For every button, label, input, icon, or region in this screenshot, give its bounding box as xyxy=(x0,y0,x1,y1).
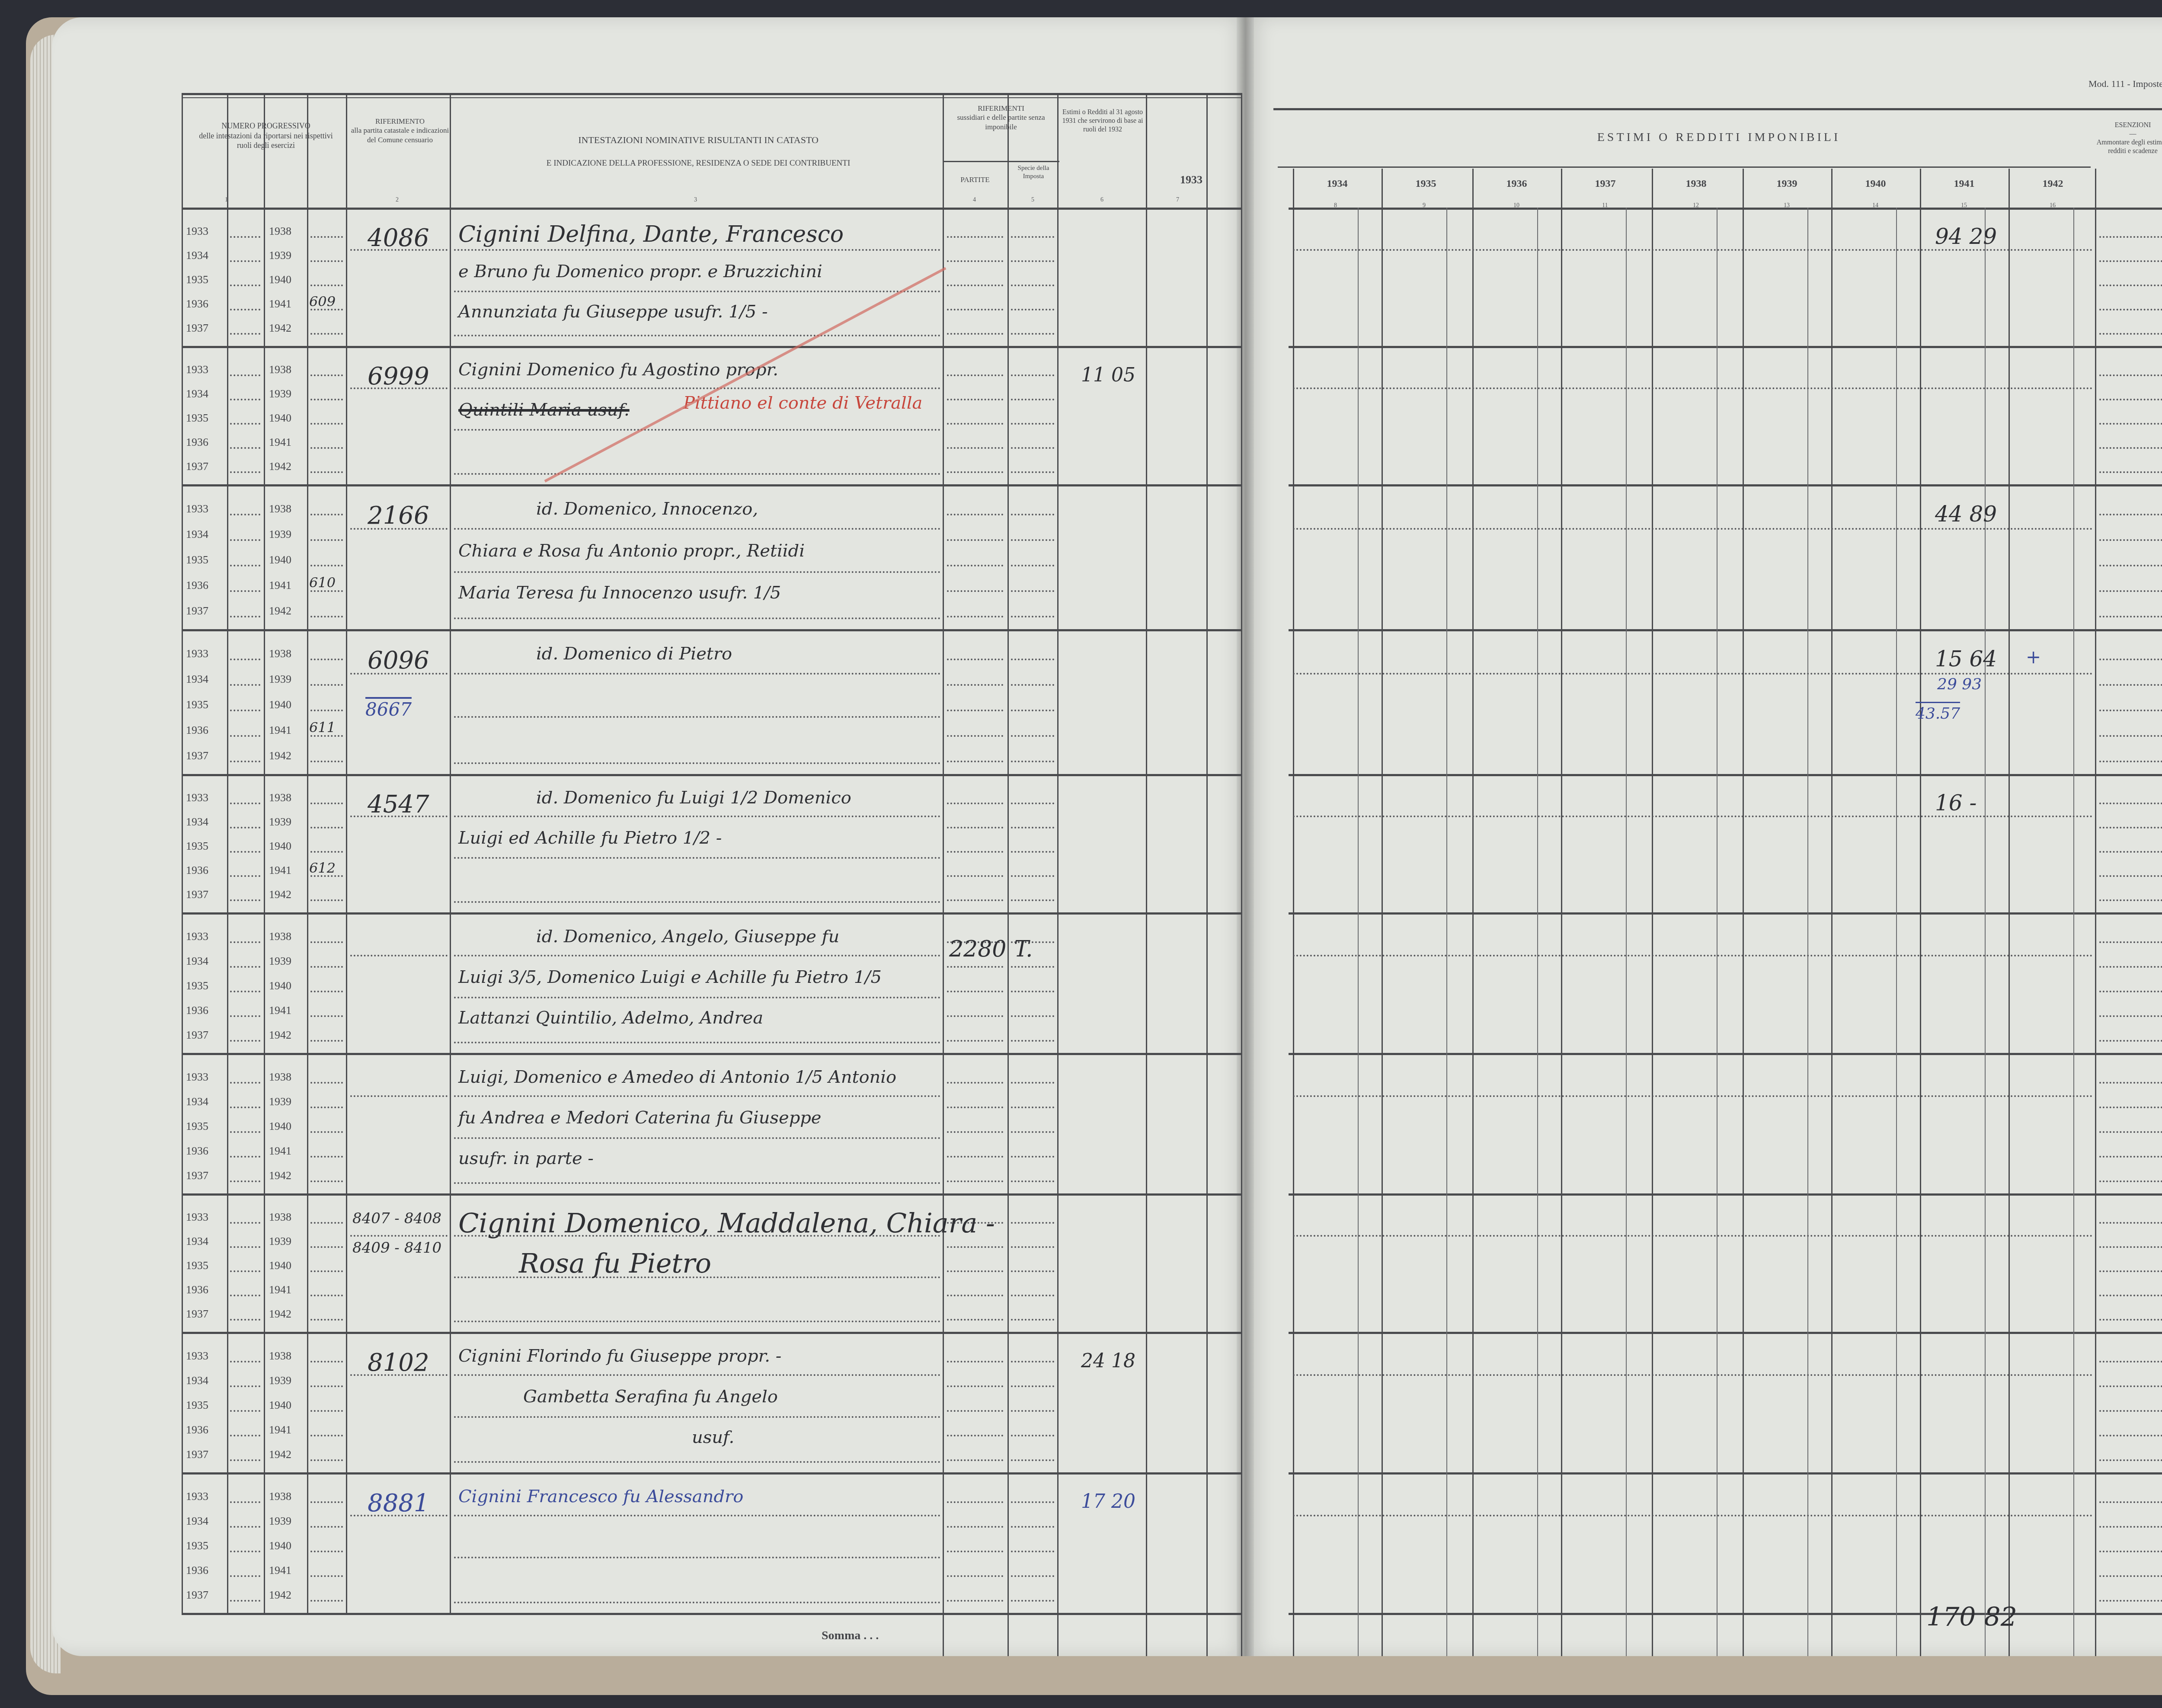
year-label-left: 1936 xyxy=(186,724,208,737)
dotted-rule xyxy=(2099,941,2162,943)
dotted-rule xyxy=(2099,827,2162,828)
text-rule xyxy=(350,1235,448,1237)
dotted-rule xyxy=(230,1501,260,1503)
riferimento-value: 8407 - 8408 xyxy=(352,1210,441,1227)
column-number: 9 xyxy=(1423,202,1426,209)
dotted-rule xyxy=(947,333,1003,335)
dotted-rule xyxy=(1011,827,1054,828)
left-column-rule xyxy=(182,93,183,1613)
text-rule xyxy=(454,1515,940,1516)
right-column-rule xyxy=(2095,169,2096,1656)
dotted-rule xyxy=(1011,1551,1054,1552)
header-estimi-redditi: ESTIMI O REDDITI IMPONIBILI xyxy=(1276,130,2162,145)
row-divider xyxy=(182,1193,1241,1196)
year-label-left: 1936 xyxy=(186,297,208,310)
year-header-1937: 1937 xyxy=(1561,177,1650,190)
header-riferimento: RIFERIMENTO alla partita catastale e ind… xyxy=(350,117,450,144)
text-rule xyxy=(454,1602,940,1603)
left-column-rule xyxy=(1146,93,1147,1613)
somma-column-rule xyxy=(1206,1613,1208,1656)
year-label-left: 1937 xyxy=(186,605,208,617)
right-column-rule xyxy=(1561,169,1562,1656)
form-code: Mod. 111 - Imposte Dirette (Intercalare)… xyxy=(2088,78,2162,90)
dotted-rule xyxy=(310,1156,343,1158)
value-rule xyxy=(1293,816,2093,817)
dotted-rule xyxy=(310,1575,343,1577)
estimi-1931-value: 24 18 xyxy=(1081,1350,1135,1372)
value-1941: 94 29 xyxy=(1935,224,1997,249)
dotted-rule xyxy=(2099,539,2162,541)
text-rule xyxy=(454,249,940,251)
value-rule xyxy=(1293,1235,2093,1237)
header-sub: sussidiari e delle partite senza imponib… xyxy=(945,113,1057,131)
dotted-rule xyxy=(947,1551,1003,1552)
dotted-rule xyxy=(947,1040,1003,1042)
intestazione-line: Rosa fu Pietro xyxy=(519,1247,711,1279)
side-number: 610 xyxy=(309,574,336,591)
dotted-rule xyxy=(230,851,260,853)
row-divider xyxy=(182,629,1241,631)
dotted-rule xyxy=(2099,684,2162,686)
dotted-rule xyxy=(2099,236,2162,238)
row-divider xyxy=(182,912,1241,915)
dotted-rule xyxy=(947,1459,1003,1461)
row-divider xyxy=(182,774,1241,776)
right-row-divider xyxy=(1289,1613,2162,1615)
dotted-rule xyxy=(1011,260,1054,262)
header-1933: 1933 xyxy=(1148,173,1235,187)
year-label-left: 1934 xyxy=(186,1374,208,1387)
intestazione-line: Cignini Domenico fu Agostino propr. xyxy=(458,360,778,380)
year-label-left: 1936 xyxy=(186,1004,208,1017)
dotted-rule xyxy=(2099,374,2162,376)
dotted-rule xyxy=(947,1361,1003,1363)
dotted-rule xyxy=(2099,590,2162,592)
text-rule xyxy=(454,387,940,389)
year-header-1939: 1939 xyxy=(1743,177,1831,190)
dotted-rule xyxy=(230,1040,260,1042)
dotted-rule xyxy=(310,1361,343,1363)
right-row-divider xyxy=(1289,1193,2162,1196)
dotted-rule xyxy=(1011,423,1054,425)
dotted-rule xyxy=(947,309,1003,310)
intestazione-line: Luigi, Domenico e Amedeo di Antonio 1/5 … xyxy=(458,1067,896,1087)
dotted-rule xyxy=(2099,399,2162,400)
dotted-rule xyxy=(947,761,1003,762)
dotted-rule xyxy=(230,1410,260,1412)
dotted-rule xyxy=(1011,735,1054,737)
year-label-left: 1934 xyxy=(186,1515,208,1528)
year-label-left: 1935 xyxy=(186,979,208,992)
year-label-left: 1934 xyxy=(186,387,208,400)
dotted-rule xyxy=(1011,1361,1054,1363)
year-header-1935: 1935 xyxy=(1382,177,1470,190)
dotted-rule xyxy=(310,399,343,400)
column-number: 8 xyxy=(1334,202,1337,209)
year-label-left: 1937 xyxy=(186,749,208,762)
dotted-rule xyxy=(2099,710,2162,711)
right-row-divider xyxy=(1289,208,2162,210)
text-rule xyxy=(454,291,940,292)
dotted-rule xyxy=(2099,1361,2162,1363)
year-label-right: 1940 xyxy=(269,840,291,853)
dotted-rule xyxy=(230,1385,260,1387)
text-rule xyxy=(454,429,940,431)
dotted-rule xyxy=(947,1156,1003,1158)
dotted-rule xyxy=(2099,1131,2162,1133)
dotted-rule xyxy=(230,659,260,660)
text-rule xyxy=(454,1321,940,1322)
text-rule xyxy=(454,673,940,675)
dotted-rule xyxy=(2099,991,2162,992)
value-rule xyxy=(1293,955,2093,956)
year-label-left: 1937 xyxy=(186,322,208,335)
year-label-right: 1938 xyxy=(269,502,291,515)
dotted-rule xyxy=(310,1526,343,1528)
year-label-left: 1936 xyxy=(186,1564,208,1577)
text-rule xyxy=(454,1416,940,1418)
somma-column-rule xyxy=(1007,1613,1009,1656)
column-number: 3 xyxy=(694,197,697,204)
side-number: 612 xyxy=(309,860,336,876)
dotted-rule xyxy=(947,803,1003,804)
dotted-rule xyxy=(1011,1385,1054,1387)
dotted-rule xyxy=(1011,851,1054,853)
right-row-divider xyxy=(1289,1472,2162,1475)
year-label-right: 1938 xyxy=(269,930,291,943)
year-label-right: 1940 xyxy=(269,1120,291,1133)
year-header-1936: 1936 xyxy=(1472,177,1561,190)
left-column-rule xyxy=(307,93,308,1613)
dotted-rule xyxy=(947,991,1003,992)
dotted-rule xyxy=(2099,1575,2162,1577)
year-label-right: 1939 xyxy=(269,249,291,262)
dotted-rule xyxy=(230,333,260,335)
dotted-rule xyxy=(230,1107,260,1108)
dotted-rule xyxy=(947,875,1003,877)
dotted-rule xyxy=(947,1082,1003,1084)
riferimento-extra: 8409 - 8410 xyxy=(352,1239,441,1257)
dotted-rule xyxy=(947,1319,1003,1321)
year-label-left: 1936 xyxy=(186,864,208,877)
row-divider xyxy=(182,1053,1241,1055)
riferimento-value: 6999 xyxy=(368,362,429,390)
dotted-rule xyxy=(310,1180,343,1182)
header-title: RIFERIMENTI xyxy=(945,104,1057,113)
text-rule xyxy=(454,617,940,619)
dotted-rule xyxy=(2099,875,2162,877)
right-column-rule xyxy=(1382,169,1383,1656)
intestazione-line: Quintili Maria usuf. xyxy=(458,400,630,420)
dotted-rule xyxy=(2099,1600,2162,1602)
year-label-right: 1942 xyxy=(269,1169,291,1182)
dotted-rule xyxy=(310,514,343,515)
right-row-divider xyxy=(1289,1332,2162,1334)
year-header-1941: 1941 xyxy=(1920,177,2008,190)
left-column-rule xyxy=(1007,93,1009,1613)
dotted-rule xyxy=(1011,1015,1054,1017)
left-column-rule xyxy=(943,93,944,1613)
year-header-1942: 1942 xyxy=(2008,177,2097,190)
year-label-right: 1941 xyxy=(269,579,291,592)
dotted-rule xyxy=(230,236,260,238)
estimi-1931-value: 11 05 xyxy=(1081,364,1135,386)
text-rule xyxy=(454,1461,940,1463)
dotted-rule xyxy=(2099,285,2162,286)
right-column-rule xyxy=(1920,169,1921,1656)
intestazione-line: fu Andrea e Medori Caterina fu Giuseppe xyxy=(458,1108,822,1128)
value-1941: 44 89 xyxy=(1935,502,1997,527)
year-label-left: 1937 xyxy=(186,1448,208,1461)
header-numero-progressivo: NUMERO PROGRESSIVO delle intestazioni da… xyxy=(184,121,348,150)
dotted-rule xyxy=(947,1410,1003,1412)
dotted-rule xyxy=(230,565,260,566)
dotted-rule xyxy=(947,285,1003,286)
dotted-rule xyxy=(2099,803,2162,804)
dotted-rule xyxy=(947,1270,1003,1272)
dotted-rule xyxy=(1011,1180,1054,1182)
header-partite: PARTITE xyxy=(945,175,1005,184)
year-label-right: 1940 xyxy=(269,698,291,711)
dotted-rule xyxy=(310,616,343,617)
dotted-rule xyxy=(310,539,343,541)
dotted-rule xyxy=(230,1319,260,1321)
dotted-rule xyxy=(2099,1435,2162,1436)
column-number: 4 xyxy=(973,197,976,204)
year-label-right: 1939 xyxy=(269,673,291,686)
dotted-rule xyxy=(947,966,1003,968)
value-rule xyxy=(1293,1095,2093,1097)
dotted-rule xyxy=(310,991,343,992)
dotted-rule xyxy=(1011,590,1054,592)
text-rule xyxy=(454,1095,940,1097)
somma-1941-value: 170 82 xyxy=(1926,1602,2017,1632)
column-number: 16 xyxy=(2050,202,2056,209)
year-label-right: 1942 xyxy=(269,888,291,901)
dotted-rule xyxy=(1011,565,1054,566)
dotted-rule xyxy=(1011,1222,1054,1224)
header-sub: alla partita catastale e indicazioni del… xyxy=(350,126,450,144)
dotted-rule xyxy=(2099,1082,2162,1084)
intestazione-line: usuf. xyxy=(692,1427,734,1447)
dotted-rule xyxy=(1011,659,1054,660)
dotted-rule xyxy=(310,236,343,238)
right-column-rule xyxy=(1472,169,1474,1656)
dotted-rule xyxy=(310,1410,343,1412)
dotted-rule xyxy=(1011,1600,1054,1602)
right-row-divider xyxy=(1289,912,2162,915)
year-label-right: 1938 xyxy=(269,791,291,804)
dotted-rule xyxy=(230,899,260,901)
year-label-right: 1939 xyxy=(269,1095,291,1108)
value-1941: 15 64 xyxy=(1935,646,1997,672)
dotted-rule xyxy=(1011,710,1054,711)
dotted-rule xyxy=(310,1319,343,1321)
dotted-rule xyxy=(1011,1319,1054,1321)
dotted-rule xyxy=(947,590,1003,592)
dotted-rule xyxy=(310,851,343,853)
dotted-rule xyxy=(310,447,343,449)
dotted-rule xyxy=(230,1015,260,1017)
dotted-rule xyxy=(230,539,260,541)
dotted-rule xyxy=(947,399,1003,400)
year-label-right: 1940 xyxy=(269,1539,291,1552)
header-title: NUMERO PROGRESSIVO xyxy=(184,121,348,131)
dotted-rule xyxy=(310,1459,343,1461)
value-1941-addend: 29 93 xyxy=(1937,675,1982,693)
right-row-divider xyxy=(1289,1053,2162,1055)
year-label-right: 1942 xyxy=(269,1029,291,1042)
dotted-rule xyxy=(1011,1246,1054,1248)
year-label-left: 1936 xyxy=(186,1423,208,1436)
dotted-rule xyxy=(2099,1270,2162,1272)
dotted-rule xyxy=(230,1156,260,1158)
dotted-rule xyxy=(947,1131,1003,1133)
year-label-left: 1935 xyxy=(186,1120,208,1133)
dotted-rule xyxy=(1011,285,1054,286)
dotted-rule xyxy=(230,966,260,968)
left-column-rule xyxy=(450,93,451,1613)
dotted-rule xyxy=(230,447,260,449)
text-rule xyxy=(454,716,940,718)
dotted-rule xyxy=(310,285,343,286)
row-divider xyxy=(182,484,1241,486)
dotted-rule xyxy=(1011,966,1054,968)
intestazione-line: id. Domenico, Innocenzo, xyxy=(536,499,758,519)
somma-label: Somma . . . xyxy=(822,1628,879,1643)
year-label-left: 1936 xyxy=(186,1145,208,1158)
dotted-rule xyxy=(1011,539,1054,541)
dotted-rule xyxy=(1011,514,1054,515)
year-label-left: 1935 xyxy=(186,412,208,425)
year-label-right: 1941 xyxy=(269,1145,291,1158)
year-label-left: 1937 xyxy=(186,1169,208,1182)
year-label-right: 1940 xyxy=(269,412,291,425)
year-label-right: 1939 xyxy=(269,1515,291,1528)
year-label-right: 1942 xyxy=(269,605,291,617)
right-page xyxy=(1245,17,2162,1656)
dotted-rule xyxy=(2099,1156,2162,1158)
dotted-rule xyxy=(1011,761,1054,762)
dotted-rule xyxy=(1011,1435,1054,1436)
dotted-rule xyxy=(310,1222,343,1224)
estimi-sub-rule xyxy=(1278,166,2091,168)
year-label-left: 1933 xyxy=(186,225,208,238)
dotted-rule xyxy=(2099,1410,2162,1412)
dotted-rule xyxy=(1011,309,1054,310)
dotted-rule xyxy=(2099,1551,2162,1552)
dotted-rule xyxy=(310,684,343,686)
year-label-right: 1942 xyxy=(269,749,291,762)
dotted-rule xyxy=(230,1131,260,1133)
dotted-rule xyxy=(310,1270,343,1272)
year-label-left: 1937 xyxy=(186,1589,208,1602)
year-label-left: 1933 xyxy=(186,1350,208,1363)
cents-rule xyxy=(2073,208,2074,1656)
year-label-right: 1941 xyxy=(269,1283,291,1296)
year-label-left: 1933 xyxy=(186,1071,208,1084)
dotted-rule xyxy=(230,374,260,376)
year-label-right: 1941 xyxy=(269,1564,291,1577)
column-number: 11 xyxy=(1602,202,1608,209)
header-title: ESENZIONI xyxy=(2095,121,2162,130)
cents-rule xyxy=(1358,208,1359,1656)
dotted-rule xyxy=(230,1246,260,1248)
year-label-left: 1933 xyxy=(186,502,208,515)
dotted-rule xyxy=(230,514,260,515)
somma-column-rule xyxy=(1146,1613,1147,1656)
intestazione-line: Chiara e Rosa fu Antonio propr., Retiidi xyxy=(458,541,805,561)
year-label-left: 1935 xyxy=(186,273,208,286)
text-rule xyxy=(454,1557,940,1558)
right-column-rule xyxy=(1831,169,1833,1656)
text-rule xyxy=(454,571,940,573)
dotted-rule xyxy=(2099,1015,2162,1017)
side-number: 609 xyxy=(309,293,336,310)
year-label-left: 1937 xyxy=(186,1029,208,1042)
year-label-left: 1935 xyxy=(186,1399,208,1412)
column-number: 5 xyxy=(1031,197,1034,204)
dotted-rule xyxy=(230,1082,260,1084)
dotted-rule xyxy=(310,1600,343,1602)
year-label-left: 1933 xyxy=(186,1211,208,1224)
year-label-right: 1940 xyxy=(269,553,291,566)
dotted-rule xyxy=(2099,423,2162,425)
year-label-right: 1939 xyxy=(269,1235,291,1248)
year-label-right: 1939 xyxy=(269,1374,291,1387)
header-sub: E INDICAZIONE DELLA PROFESSIONE, RESIDEN… xyxy=(454,158,943,169)
dotted-rule xyxy=(1011,684,1054,686)
dotted-rule xyxy=(230,309,260,310)
intestazione-line: Cignini Domenico, Maddalena, Chiara - xyxy=(458,1207,995,1239)
left-table-top-rule xyxy=(182,93,1241,95)
dotted-rule xyxy=(310,423,343,425)
header-dash: — xyxy=(2095,130,2162,138)
year-label-right: 1940 xyxy=(269,1399,291,1412)
left-table-top-rule-2 xyxy=(182,97,1241,98)
dotted-rule xyxy=(2099,309,2162,310)
row-divider xyxy=(182,1613,1241,1615)
dotted-rule xyxy=(2099,1107,2162,1108)
dotted-rule xyxy=(1011,1575,1054,1577)
text-rule xyxy=(454,1042,940,1043)
dotted-rule xyxy=(2099,1459,2162,1461)
dotted-rule xyxy=(947,423,1003,425)
dotted-rule xyxy=(310,1435,343,1436)
right-row-divider xyxy=(1289,629,2162,631)
dotted-rule xyxy=(947,565,1003,566)
dotted-rule xyxy=(947,710,1003,711)
dotted-rule xyxy=(2099,260,2162,262)
year-label-right: 1942 xyxy=(269,322,291,335)
header-intestazioni: INTESTAZIONI NOMINATIVE RISULTANTI IN CA… xyxy=(454,134,943,168)
value-1941: 16 - xyxy=(1935,790,1977,816)
riferimento-value: 4086 xyxy=(368,224,429,252)
dotted-rule xyxy=(1011,1107,1054,1108)
left-column-rule xyxy=(264,93,265,1613)
dotted-rule xyxy=(310,1551,343,1552)
dotted-rule xyxy=(1011,1270,1054,1272)
dotted-rule xyxy=(947,1435,1003,1436)
column-number: 12 xyxy=(1693,202,1699,209)
dotted-rule xyxy=(310,827,343,828)
year-label-right: 1938 xyxy=(269,647,291,660)
year-label-left: 1934 xyxy=(186,1095,208,1108)
dotted-rule xyxy=(310,374,343,376)
dotted-rule xyxy=(947,1575,1003,1577)
dotted-rule xyxy=(1011,1410,1054,1412)
intestazione-line: id. Domenico fu Luigi 1/2 Domenico xyxy=(536,788,851,808)
